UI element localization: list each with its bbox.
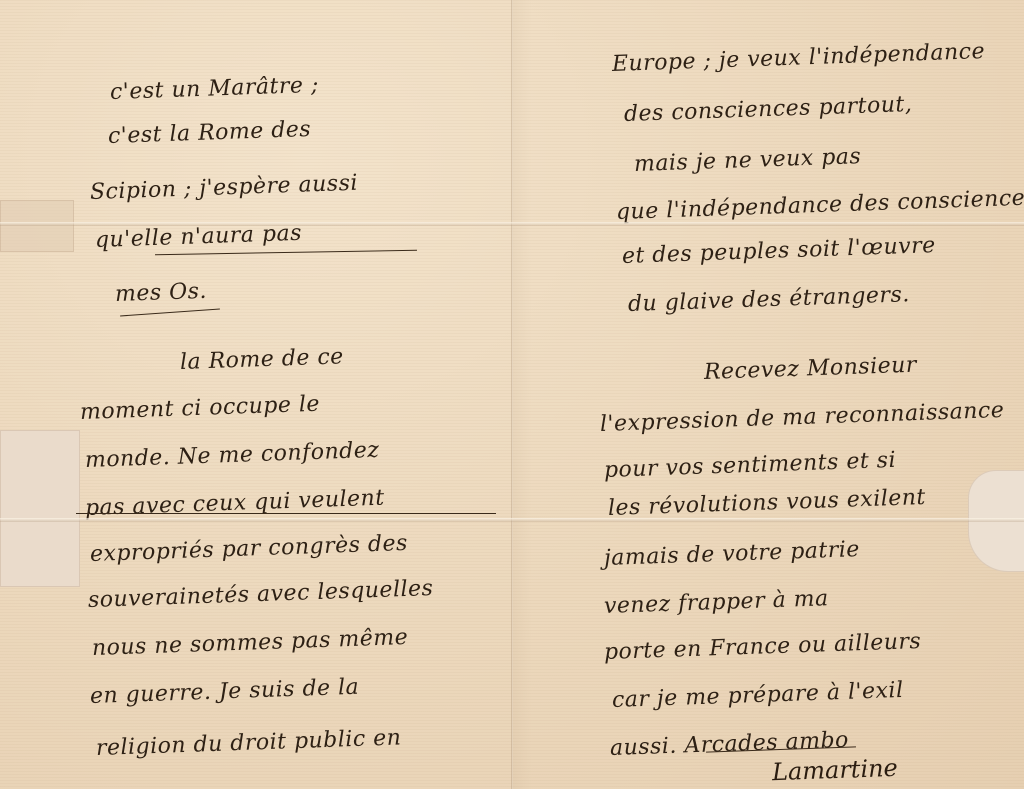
underline-rule <box>120 309 220 317</box>
horizontal-fold-line <box>0 518 1024 522</box>
left-page: c'est un Marâtre ; c'est la Rome des Sci… <box>0 0 512 789</box>
right-page: Ce lundi 186. Europe ; je veux l'indépen… <box>512 0 1024 789</box>
ruled-line <box>76 513 496 514</box>
right-line-7: Recevez Monsieur <box>704 353 918 385</box>
right-line-8: l'expression de ma reconnaissance <box>600 398 1005 437</box>
underline-rule <box>155 250 417 256</box>
right-line-3: mais je ne veux pas <box>634 144 862 177</box>
right-line-11: jamais de votre patrie <box>604 537 861 571</box>
left-line-1: c'est un Marâtre ; <box>110 73 320 105</box>
left-line-8: monde. Ne me confondez <box>85 438 380 473</box>
right-line-5: et des peuples soit l'œuvre <box>622 233 936 269</box>
horizontal-fold-line <box>0 222 1024 226</box>
left-line-9: pas avec ceux qui veulent <box>85 486 385 521</box>
left-line-7: moment ci occupe le <box>80 392 321 425</box>
right-line-9: pour vos sentiments et si <box>604 448 897 483</box>
paper-tape-patch <box>0 430 80 587</box>
right-line-4: que l'indépendance des consciences <box>616 185 1024 225</box>
right-line-13: porte en France ou ailleurs <box>604 629 922 665</box>
left-line-3: Scipion ; j'espère aussi <box>90 171 359 205</box>
paper-tape-patch <box>0 200 74 252</box>
left-line-12: nous ne sommes pas même <box>92 625 409 661</box>
right-line-1: Europe ; je veux l'indépendance <box>612 39 986 77</box>
right-line-6: du glaive des étrangers. <box>628 282 911 317</box>
left-line-6: la Rome de ce <box>180 344 345 375</box>
left-line-11: souverainetés avec lesquelles <box>88 576 434 613</box>
signature: Lamartine <box>772 754 899 786</box>
right-line-12: venez frapper à ma <box>604 586 830 619</box>
left-line-13: en guerre. Je suis de la <box>90 675 360 709</box>
letter-scan: c'est un Marâtre ; c'est la Rome des Sci… <box>0 0 1024 789</box>
right-line-2: des consciences partout, <box>624 92 913 127</box>
left-line-14: religion du droit public en <box>96 725 402 761</box>
right-line-10: les révolutions vous exilent <box>608 485 927 521</box>
right-line-14: car je me prépare à l'exil <box>612 678 904 713</box>
left-line-10: expropriés par congrès des <box>90 531 409 567</box>
left-line-5: mes Os. <box>115 279 208 307</box>
left-line-2: c'est la Rome des <box>108 117 312 149</box>
center-fold-line <box>511 0 513 789</box>
